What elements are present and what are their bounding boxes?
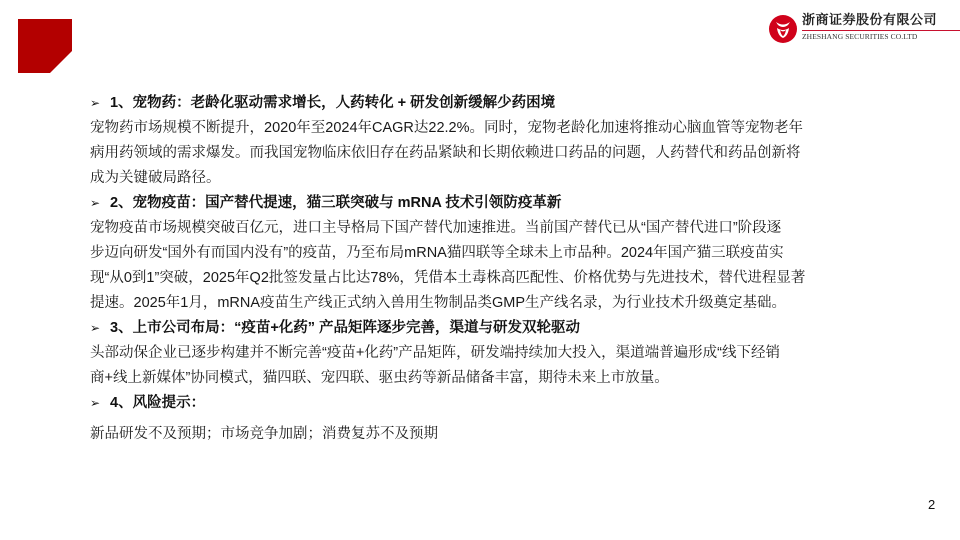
section-heading: ➢4、风险提示： [90, 391, 900, 416]
section-risk-warning: ➢4、风险提示： 新品研发不及预期；市场竞争加剧；消费复苏不及预期 [90, 391, 900, 447]
section-heading: ➢1、宠物药：老龄化驱动需求增长，人药转化 + 研发创新缓解少药困境 [90, 91, 900, 116]
body-line: 头部动保企业已逐步构建并不断完善“疫苗+化药”产品矩阵，研发端持续加大投入，渠道… [90, 341, 900, 366]
company-name-en: ZHESHANG SECURITIES CO.LTD [802, 32, 960, 41]
arrow-bullet-icon: ➢ [90, 91, 110, 116]
section-pet-drugs: ➢1、宠物药：老龄化驱动需求增长，人药转化 + 研发创新缓解少药困境 宠物药市场… [90, 91, 900, 191]
summary-content: ➢1、宠物药：老龄化驱动需求增长，人药转化 + 研发创新缓解少药困境 宠物药市场… [90, 91, 900, 447]
company-name-cn: 浙商证券股份有限公司 [802, 13, 960, 29]
section-heading: ➢3、上市公司布局：“疫苗+化药” 产品矩阵逐步完善，渠道与研发双轮驱动 [90, 316, 900, 341]
company-logo: 浙商证券股份有限公司 ZHESHANG SECURITIES CO.LTD [768, 13, 960, 49]
section-pet-vaccines: ➢2、宠物疫苗：国产替代提速，猫三联突破与 mRNA 技术引领防疫革新 宠物疫苗… [90, 191, 900, 316]
section-listed-companies: ➢3、上市公司布局：“疫苗+化药” 产品矩阵逐步完善，渠道与研发双轮驱动 头部动… [90, 316, 900, 391]
section-body: 新品研发不及预期；市场竞争加剧；消费复苏不及预期 [90, 422, 900, 447]
section-title: 4、风险提示： [110, 395, 205, 411]
section-body: 宠物疫苗市场规模突破百亿元，进口主导格局下国产替代加速推进。当前国产替代已从“国… [90, 216, 900, 316]
section-heading: ➢2、宠物疫苗：国产替代提速，猫三联突破与 mRNA 技术引领防疫革新 [90, 191, 900, 216]
body-line: 商+线上新媒体”协同模式，猫四联、宠四联、驱虫药等新品储备丰富，期待未来上市放量… [90, 366, 900, 391]
arrow-bullet-icon: ➢ [90, 316, 110, 341]
arrow-bullet-icon: ➢ [90, 391, 110, 416]
arrow-bullet-icon: ➢ [90, 191, 110, 216]
section-title: 2、宠物疫苗：国产替代提速，猫三联突破与 mRNA 技术引领防疫革新 [110, 195, 561, 211]
red-corner-mark-icon [18, 19, 72, 73]
body-line: 现“从0到1”突破，2025年Q2批签发量占比达78%，凭借本土毒株高匹配性、价… [90, 266, 900, 291]
body-line: 宠物疫苗市场规模突破百亿元，进口主导格局下国产替代加速推进。当前国产替代已从“国… [90, 216, 900, 241]
section-title: 3、上市公司布局：“疫苗+化药” 产品矩阵逐步完善，渠道与研发双轮驱动 [110, 320, 580, 336]
body-line: 步迈向研发“国外有而国内没有”的疫苗，乃至布局mRNA猫四联等全球未上市品种。2… [90, 241, 900, 266]
section-title: 1、宠物药：老龄化驱动需求增长，人药转化 + 研发创新缓解少药困境 [110, 95, 555, 111]
body-line: 新品研发不及预期；市场竞争加剧；消费复苏不及预期 [90, 422, 900, 447]
body-line: 病用药领域的需求爆发。而我国宠物临床依旧存在药品紧缺和长期依赖进口药品的问题，人… [90, 141, 900, 166]
zheshang-logo-icon [768, 14, 798, 44]
section-body: 宠物药市场规模不断提升，2020年至2024年CAGR达22.2%。同时，宠物老… [90, 116, 900, 191]
body-line: 提速。2025年1月，mRNA疫苗生产线正式纳入兽用生物制品类GMP生产线名录，… [90, 291, 900, 316]
body-line: 成为关键破局路径。 [90, 166, 900, 191]
logo-divider [802, 30, 960, 31]
section-body: 头部动保企业已逐步构建并不断完善“疫苗+化药”产品矩阵，研发端持续加大投入，渠道… [90, 341, 900, 391]
body-line: 宠物药市场规模不断提升，2020年至2024年CAGR达22.2%。同时，宠物老… [90, 116, 900, 141]
page-number: 2 [928, 497, 935, 512]
